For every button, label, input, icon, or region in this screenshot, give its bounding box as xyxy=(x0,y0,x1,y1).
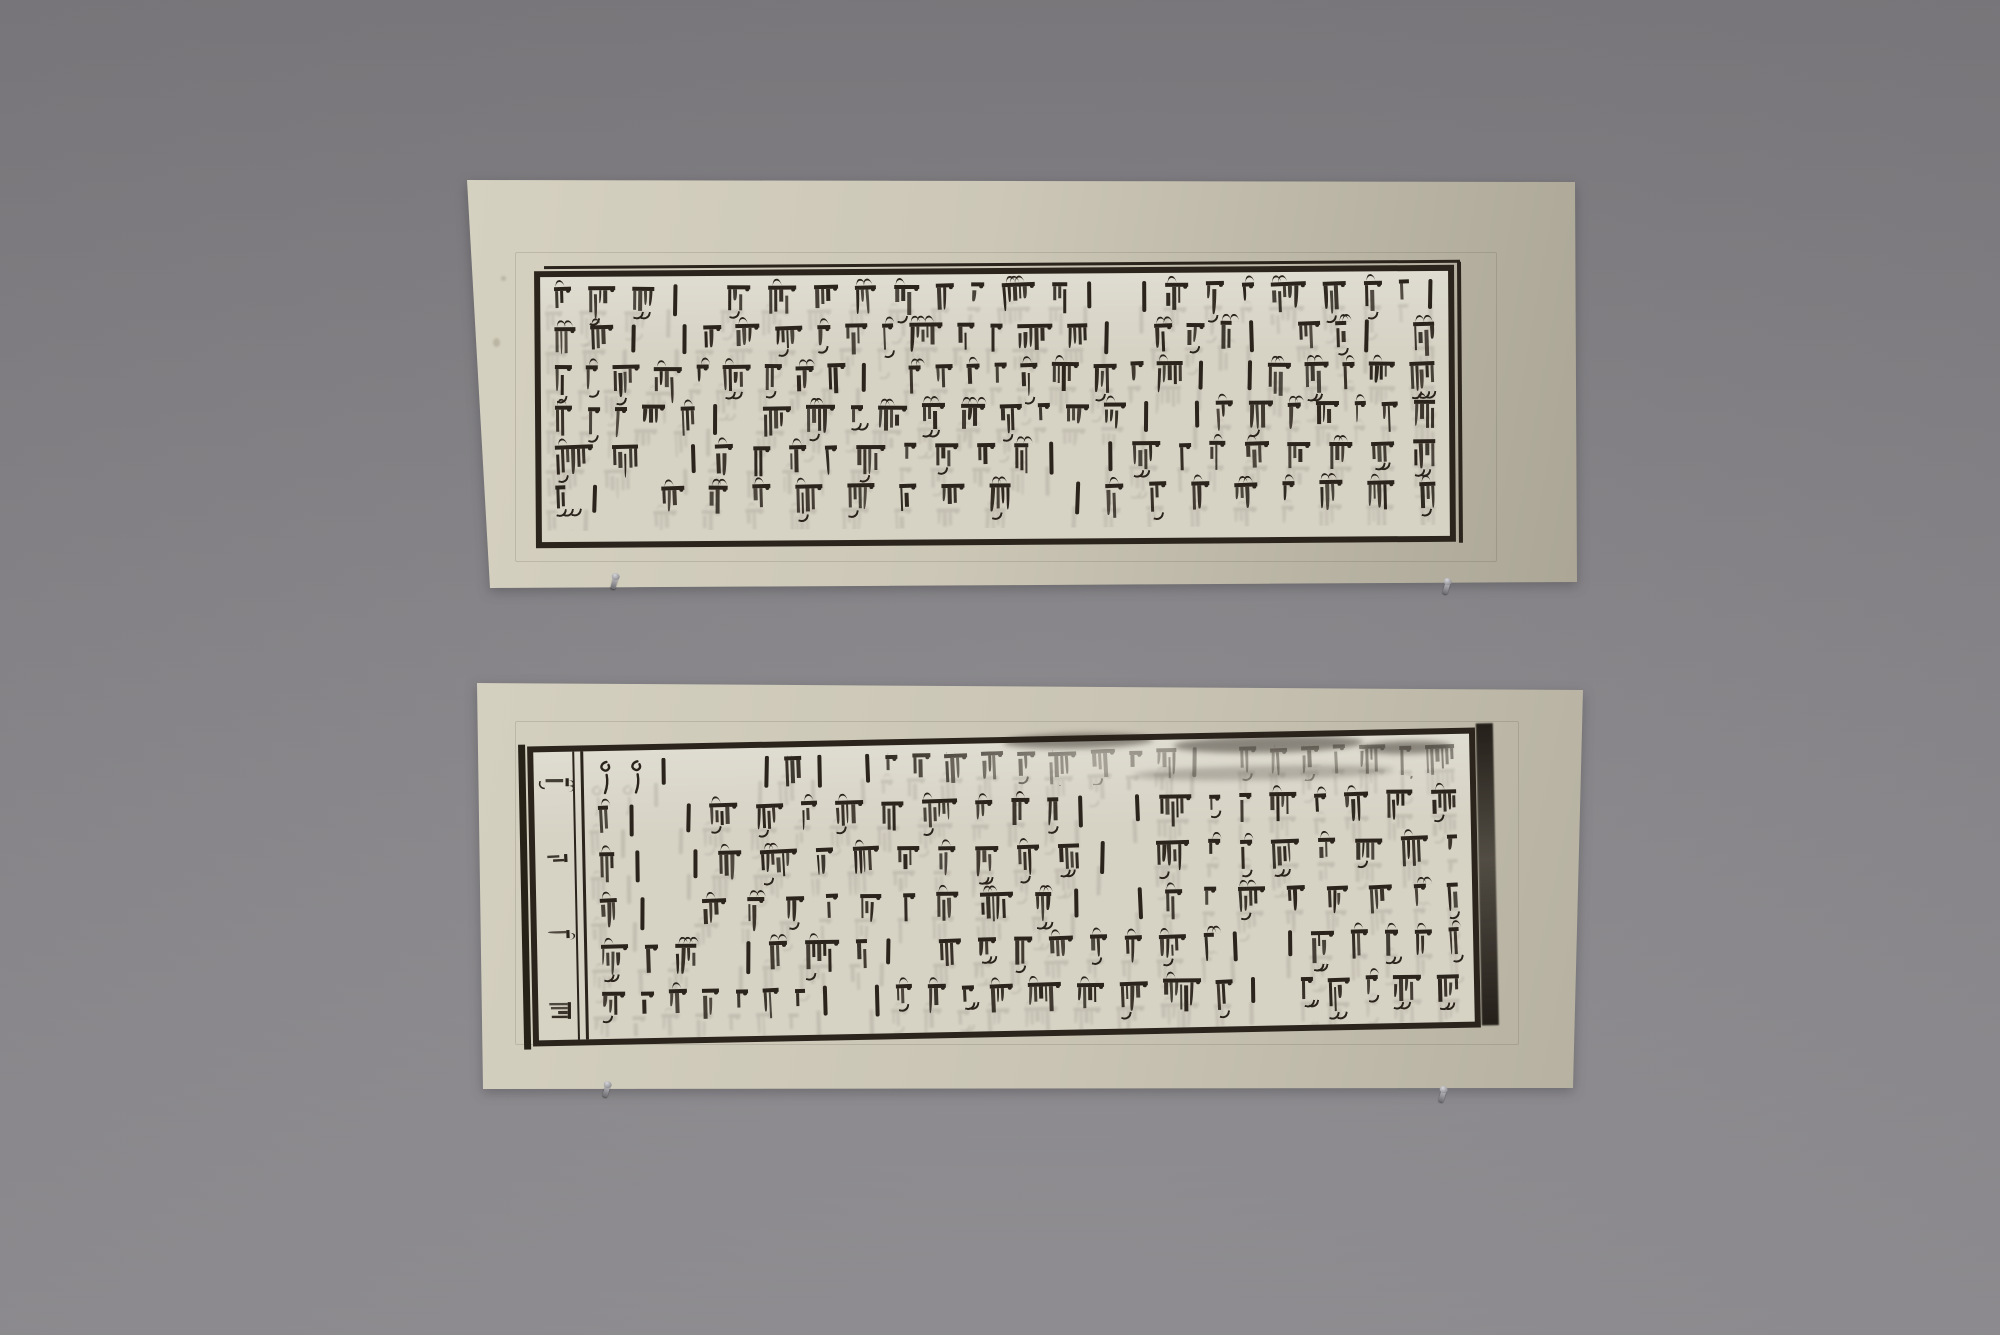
syllable-glyphs xyxy=(1209,795,1221,811)
vowel-mark xyxy=(1367,737,1377,747)
syllable-glyphs xyxy=(842,508,870,531)
syllable-glyphs xyxy=(703,325,721,348)
syllable-glyphs xyxy=(547,930,569,939)
syllable-glyphs xyxy=(1282,481,1294,500)
syllable-glyphs xyxy=(1318,504,1341,531)
vowel-mark xyxy=(791,748,801,758)
subjoined-mark xyxy=(537,781,546,790)
syllable-glyphs xyxy=(642,405,665,423)
syllable-glyphs xyxy=(1318,838,1336,858)
syllable-glyphs xyxy=(891,1009,908,1026)
vowel-mark xyxy=(1014,275,1024,285)
syllable-glyphs xyxy=(789,509,817,531)
syllable-glyphs xyxy=(847,483,875,509)
syllable-glyphs xyxy=(1214,1004,1233,1032)
syllable-glyphs xyxy=(550,1002,572,1019)
syllable-glyphs xyxy=(1419,506,1436,530)
syllable-glyphs xyxy=(974,961,992,978)
margin-title-syllable: ཆ xyxy=(550,930,572,938)
syllable-glyphs xyxy=(851,405,863,422)
syllable-glyphs xyxy=(1202,911,1215,927)
top-print-frame: ཁད་བུར་ཀྱུད། བླང་དོར་གསལ་བའི་སྣང་བ་མ་མཆི… xyxy=(534,265,1456,548)
syllable-glyphs xyxy=(1314,793,1327,811)
subjoined-mark xyxy=(843,530,854,531)
shad-stroke xyxy=(1135,794,1140,821)
syllable-glyphs xyxy=(1209,839,1222,855)
syllable-glyphs xyxy=(1316,401,1339,424)
syllable-glyphs xyxy=(756,1012,774,1039)
syllable-glyphs xyxy=(765,364,782,390)
syllable-glyphs xyxy=(736,324,760,346)
vowel-mark xyxy=(1243,832,1253,841)
subjoined-mark xyxy=(1421,529,1432,531)
margin-title-syllable: ཕྱི xyxy=(546,778,569,786)
shad-stroke xyxy=(631,324,635,352)
top-text-block: ཁད་བུར་ཀྱུད། བླང་དོར་གསལ་བའི་སྣང་བ་མ་མཆི… xyxy=(540,271,1450,531)
syllable-glyphs xyxy=(1367,505,1395,531)
syllable-glyphs xyxy=(976,800,994,819)
syllable-glyphs xyxy=(1049,935,1074,956)
vowel-mark xyxy=(1273,740,1283,750)
syllable-glyphs xyxy=(912,753,930,777)
syllable-glyphs xyxy=(775,326,803,349)
vowel-mark xyxy=(1241,858,1251,867)
syllable-glyphs xyxy=(994,363,1006,383)
syllable-glyphs xyxy=(746,509,765,530)
syllable-glyphs xyxy=(1204,886,1217,904)
vowel-mark xyxy=(1165,740,1175,749)
syllable-glyphs xyxy=(555,485,566,508)
syllable-glyphs xyxy=(653,510,677,531)
paper-spot xyxy=(493,338,500,347)
syllable-glyphs xyxy=(814,285,838,309)
shad-stroke xyxy=(1087,281,1091,308)
syllable-glyphs xyxy=(1087,959,1105,979)
printed-ink-row xyxy=(551,1002,573,1019)
shad-stroke xyxy=(1072,506,1077,531)
syllable-glyphs xyxy=(1393,975,1422,1001)
syllable-glyphs xyxy=(971,824,989,841)
syllable-glyphs xyxy=(1241,282,1253,301)
syllable-glyphs xyxy=(962,985,975,1002)
subjoined-mark xyxy=(1307,1020,1318,1030)
syllable-glyphs xyxy=(602,992,625,1016)
syllable-glyphs xyxy=(905,443,917,459)
vowel-mark xyxy=(973,818,983,827)
syllable-glyphs xyxy=(633,1016,646,1036)
text-line: ཁད་བུར་ཀྱུད། བླང་དོར་གསལ་བའི་སྣང་བ་མ་མཆི… xyxy=(550,277,1438,323)
syllable-glyphs xyxy=(1190,506,1209,531)
shad-stroke xyxy=(584,509,588,531)
vowel-mark xyxy=(1451,944,1461,953)
vowel-mark xyxy=(945,746,955,756)
syllable-glyphs xyxy=(935,364,953,387)
syllable-glyphs xyxy=(1369,362,1396,383)
subjoined-mark xyxy=(562,529,573,531)
paper-spot xyxy=(501,276,506,281)
syllable-glyphs xyxy=(1300,1001,1312,1021)
syllable-glyphs xyxy=(1129,751,1142,767)
syllable-glyphs xyxy=(1371,441,1394,462)
syllable-glyphs xyxy=(545,778,568,786)
syllable-glyphs xyxy=(1447,835,1458,851)
syllable-glyphs xyxy=(696,365,708,382)
shad-stroke xyxy=(1249,1002,1253,1026)
syllable-glyphs xyxy=(1147,506,1165,531)
syllable-glyphs xyxy=(967,363,981,383)
vowel-mark xyxy=(554,279,564,289)
text-line: སྒྲུམ། ཉེན་མིག་ལོག་ལུས་རྣམས་ཐལ་བར་བརྫོག … xyxy=(552,477,1440,523)
syllable-glyphs xyxy=(641,991,654,1013)
vowel-mark xyxy=(771,278,781,287)
margin-title-column: ཕྱིཀཆབམ xyxy=(533,751,589,1040)
syllable-glyphs xyxy=(661,1014,679,1036)
shad-stroke xyxy=(1288,930,1292,956)
syllable-glyphs xyxy=(1103,508,1123,531)
syllable-glyphs xyxy=(695,1013,713,1039)
vowel-mark xyxy=(1167,275,1177,284)
syllable-glyphs xyxy=(1399,279,1410,299)
syllable-glyphs xyxy=(554,287,571,309)
syllable-glyphs xyxy=(1161,1003,1199,1033)
syllable-glyphs xyxy=(1438,999,1461,1024)
syllable-glyphs xyxy=(1038,403,1050,421)
bottom-text-block: ༄༅། །བཞེས། །ཉི་མ་འདི་ལས་ཐུ་སྲོངས་རྣམ་པ་ག… xyxy=(583,734,1475,1040)
syllable-glyphs xyxy=(958,323,976,350)
shad-stroke xyxy=(886,938,890,964)
margin-title-syllable: ཀ xyxy=(549,854,569,862)
syllable-glyphs xyxy=(1366,975,1378,994)
syllable-glyphs xyxy=(896,984,913,1003)
top-folio-wrap: ཁད་བུར་ཀྱུད། བླང་དོར་གསལ་བའི་སྣང་བ་མ་མཆི… xyxy=(467,180,1577,588)
vowel-mark xyxy=(568,932,576,940)
vowel-mark xyxy=(1277,274,1287,284)
printed-ink-row xyxy=(546,778,569,786)
subjoined-mark xyxy=(594,1037,605,1040)
syllable-glyphs xyxy=(935,443,958,466)
syllable-glyphs xyxy=(1281,506,1293,523)
text-line: ནུ་བློ་ལྡན་མཆོག་གི་སྤྱོད་ཆུང་ཞེན་དང་། ཉི… xyxy=(551,357,1439,403)
vowel-mark xyxy=(1313,738,1323,748)
syllable-glyphs xyxy=(795,989,805,1006)
text-line: པའི་བྱ་བ་འང་ཡོད། དཔལ་འབྱོར་རྒྱ་མཚོ་སྐྱེས… xyxy=(551,397,1439,443)
vowel-mark xyxy=(862,278,872,288)
shad-stroke xyxy=(1251,977,1255,1003)
syllable-glyphs xyxy=(1067,323,1088,348)
bottom-folio: ཕྱིཀཆབམ ༄༅། །བཞེས། །ཉི་མ་འདི་ལས་ཐུ་སྲོངས… xyxy=(477,683,1585,1089)
printed-ink-row xyxy=(549,854,569,862)
syllable-glyphs xyxy=(897,846,919,869)
syllable-glyphs xyxy=(710,803,739,826)
syllable-glyphs xyxy=(885,755,898,770)
syllable-glyphs xyxy=(923,1008,942,1035)
syllable-glyphs xyxy=(1233,507,1257,531)
syllable-glyphs xyxy=(590,325,614,349)
shad-stroke xyxy=(1195,401,1199,428)
photo-backdrop: ཁད་བུར་ཀྱུད། བླང་དོར་གསལ་བའི་སྣང་བ་མ་མཆི… xyxy=(0,0,2000,1335)
syllable-glyphs xyxy=(880,780,893,794)
syllable-glyphs xyxy=(978,937,996,956)
syllable-glyphs xyxy=(826,893,839,917)
syllable-glyphs xyxy=(546,510,557,531)
syllable-glyphs xyxy=(820,918,833,940)
syllable-glyphs xyxy=(977,443,995,464)
syllable-glyphs xyxy=(786,896,805,921)
mounting-pin xyxy=(602,1084,610,1098)
syllable-glyphs xyxy=(1066,404,1089,423)
syllable-glyphs xyxy=(594,1016,617,1037)
bottom-folio-wrap: ཕྱིཀཆབམ ༄༅། །བཞེས། །ཉི་མ་འདི་ལས་ཐུ་སྲོངས… xyxy=(477,683,1585,1089)
syllable-glyphs xyxy=(729,1014,741,1030)
syllable-glyphs xyxy=(727,285,750,310)
syllable-glyphs xyxy=(894,508,912,531)
vowel-mark xyxy=(1244,275,1254,285)
printed-ink-row xyxy=(550,930,572,938)
vowel-mark xyxy=(1052,744,1062,754)
syllable-glyphs xyxy=(632,287,654,312)
syllable-glyphs xyxy=(1239,746,1257,772)
syllable-glyphs xyxy=(1045,960,1070,979)
syllable-glyphs xyxy=(1366,1000,1378,1017)
syllable-glyphs xyxy=(702,510,721,531)
text-line: བདེ་ཞིང་། །ཡབ་ཆེན་ཐུགས་རྗེ་ཅན་གྱི་དགོངས་… xyxy=(550,317,1438,363)
syllable-glyphs xyxy=(958,1010,971,1025)
syllable-glyphs xyxy=(789,1013,799,1029)
subjoined-mark xyxy=(894,1025,905,1035)
syllable-glyphs xyxy=(1207,864,1220,878)
syllable-glyphs xyxy=(1393,999,1422,1023)
vowel-mark xyxy=(567,784,574,792)
margin-title-syllable: བམ xyxy=(551,1002,573,1019)
vowel-mark xyxy=(712,869,722,878)
syllable-glyphs xyxy=(1187,323,1205,345)
mounting-pin xyxy=(1438,1089,1446,1103)
syllable-glyphs xyxy=(1130,361,1143,380)
shad-stroke xyxy=(662,758,666,785)
shad-stroke xyxy=(817,1010,821,1037)
syllable-glyphs xyxy=(985,508,1006,531)
shad-stroke xyxy=(869,1009,873,1038)
bottom-print-frame: ཕྱིཀཆབམ ༄༅། །བཞེས། །ཉི་མ་འདི་ལས་ཐུ་སྲོངས… xyxy=(527,728,1481,1047)
syllable-glyphs xyxy=(1117,1006,1146,1033)
syllable-glyphs xyxy=(1327,1002,1350,1033)
syllable-glyphs xyxy=(1074,1007,1101,1030)
syllable-glyphs xyxy=(1355,839,1382,861)
syllable-glyphs xyxy=(972,282,985,302)
subjoined-mark xyxy=(965,1024,976,1034)
vowel-mark xyxy=(895,277,905,286)
syllable-glyphs xyxy=(1017,751,1036,775)
syllable-glyphs xyxy=(548,854,568,863)
syllable-glyphs xyxy=(736,989,748,1007)
top-folio: ཁད་བུར་ཀྱུད། བླང་དོར་གསལ་བའི་སྣང་བ་མ་མཆི… xyxy=(467,180,1577,588)
syllable-glyphs xyxy=(1301,977,1313,999)
syllable-glyphs xyxy=(986,1008,1010,1034)
vowel-mark xyxy=(1365,273,1375,282)
vowel-mark xyxy=(887,747,897,756)
syllable-glyphs xyxy=(817,325,830,345)
syllable-glyphs xyxy=(1126,775,1139,789)
syllable-glyphs xyxy=(1447,859,1458,873)
subjoined-mark xyxy=(1368,1016,1379,1026)
syllable-glyphs xyxy=(1287,885,1306,911)
syllable-glyphs xyxy=(941,484,965,505)
syllable-glyphs xyxy=(1024,1007,1058,1034)
syllable-glyphs xyxy=(1318,862,1336,880)
syllable-glyphs xyxy=(936,508,959,527)
